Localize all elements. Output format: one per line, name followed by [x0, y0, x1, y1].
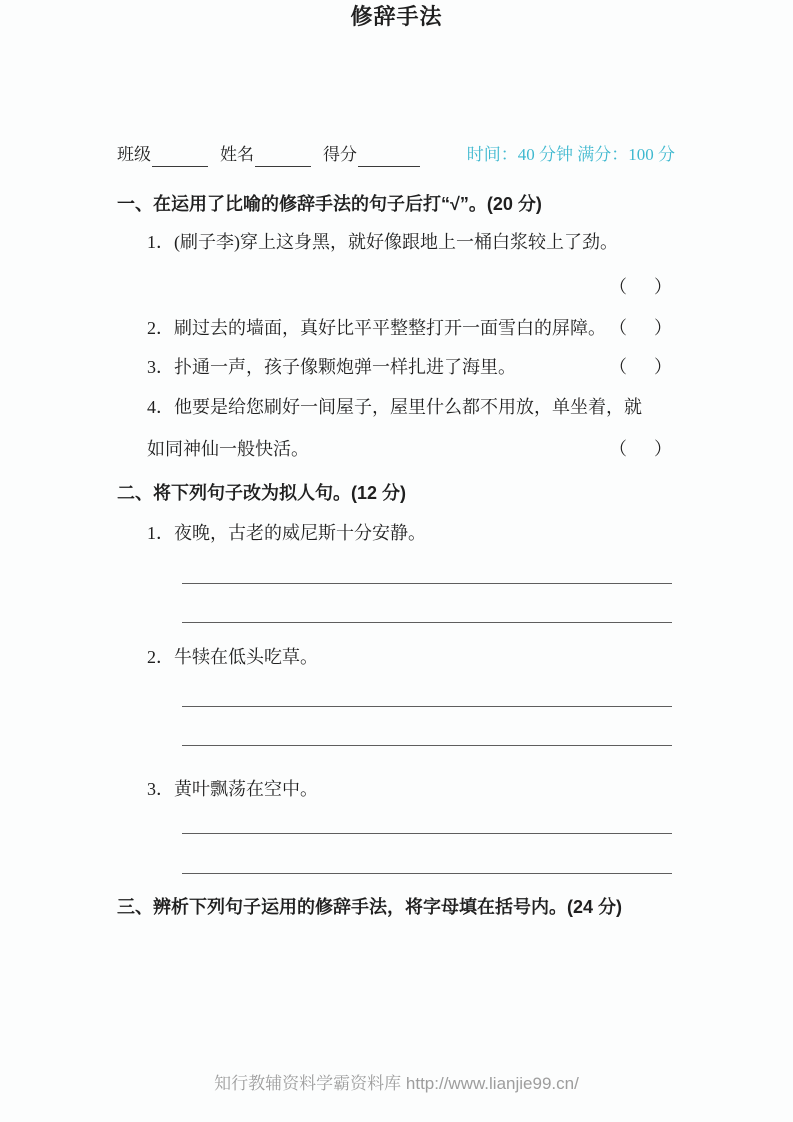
s2-q2-answer-line-1 [182, 706, 672, 707]
score-blank [358, 148, 420, 167]
s1-question-3: 3．扑通一声，孩子像颗炮弹一样扎进了海里。 [147, 355, 516, 380]
student-info-row: 班级 姓名 得分 时间：40 分钟 满分：100 分 [117, 143, 675, 167]
name-field: 姓名 [220, 143, 311, 167]
score-label: 得分 [323, 143, 357, 167]
section-one-heading: 一、在运用了比喻的修辞手法的句子后打“√”。(20 分) [117, 192, 542, 217]
class-blank [152, 148, 208, 167]
s1-question-1-answer-brackets: （ ） [147, 275, 672, 300]
s2-question-3: 3．黄叶飘荡在空中。 [147, 777, 318, 802]
section-three-heading: 三、辨析下列句子运用的修辞手法，将字母填在括号内。(24 分) [117, 895, 622, 920]
section-two-heading: 二、将下列句子改为拟人句。(12 分) [117, 481, 406, 506]
s2-q3-answer-line-1 [182, 833, 672, 834]
s1-question-4-line2-row: 如同神仙一般快活。 （ ） [147, 437, 672, 462]
s1-question-3-row: 3．扑通一声，孩子像颗炮弹一样扎进了海里。 （ ） [147, 355, 672, 380]
s1-question-4-answer-brackets: （ ） [609, 437, 672, 462]
student-fields: 班级 姓名 得分 [117, 143, 420, 167]
s1-question-4-line2: 如同神仙一般快活。 [147, 437, 309, 462]
s1-question-2-answer-brackets: （ ） [609, 316, 672, 341]
s2-question-1: 1．夜晚，古老的威尼斯十分安静。 [147, 521, 426, 546]
s2-q3-answer-line-2 [182, 873, 672, 874]
name-label: 姓名 [220, 143, 254, 167]
class-label: 班级 [117, 143, 151, 167]
s2-q1-answer-line-1 [182, 583, 672, 584]
s2-q1-answer-line-2 [182, 622, 672, 623]
s2-q2-answer-line-2 [182, 745, 672, 746]
page-title: 修辞手法 [0, 0, 793, 31]
s2-question-2: 2．牛犊在低头吃草。 [147, 645, 318, 670]
s1-question-2: 2．刷过去的墙面，真好比平平整整打开一面雪白的屏障。 [147, 316, 606, 341]
s1-question-1: 1．(刷子李)穿上这身黑，就好像跟地上一桶白浆较上了劲。 [147, 230, 618, 255]
score-field: 得分 [323, 143, 420, 167]
worksheet-page: 修辞手法 班级 姓名 得分 时间：40 分钟 满分：100 分 一、在运用了比喻… [0, 0, 793, 1122]
footer-text: 知行教辅资料学霸资料库 http://www.lianjie99.cn/ [0, 1069, 793, 1094]
s1-question-2-row: 2．刷过去的墙面，真好比平平整整打开一面雪白的屏障。 （ ） [147, 316, 672, 341]
exam-time-score-info: 时间：40 分钟 满分：100 分 [467, 143, 675, 167]
name-blank [255, 148, 311, 167]
class-field: 班级 [117, 143, 208, 167]
s1-question-4-line1: 4．他要是给您刷好一间屋子，屋里什么都不用放，单坐着，就 [147, 395, 642, 420]
s1-question-3-answer-brackets: （ ） [609, 355, 672, 380]
